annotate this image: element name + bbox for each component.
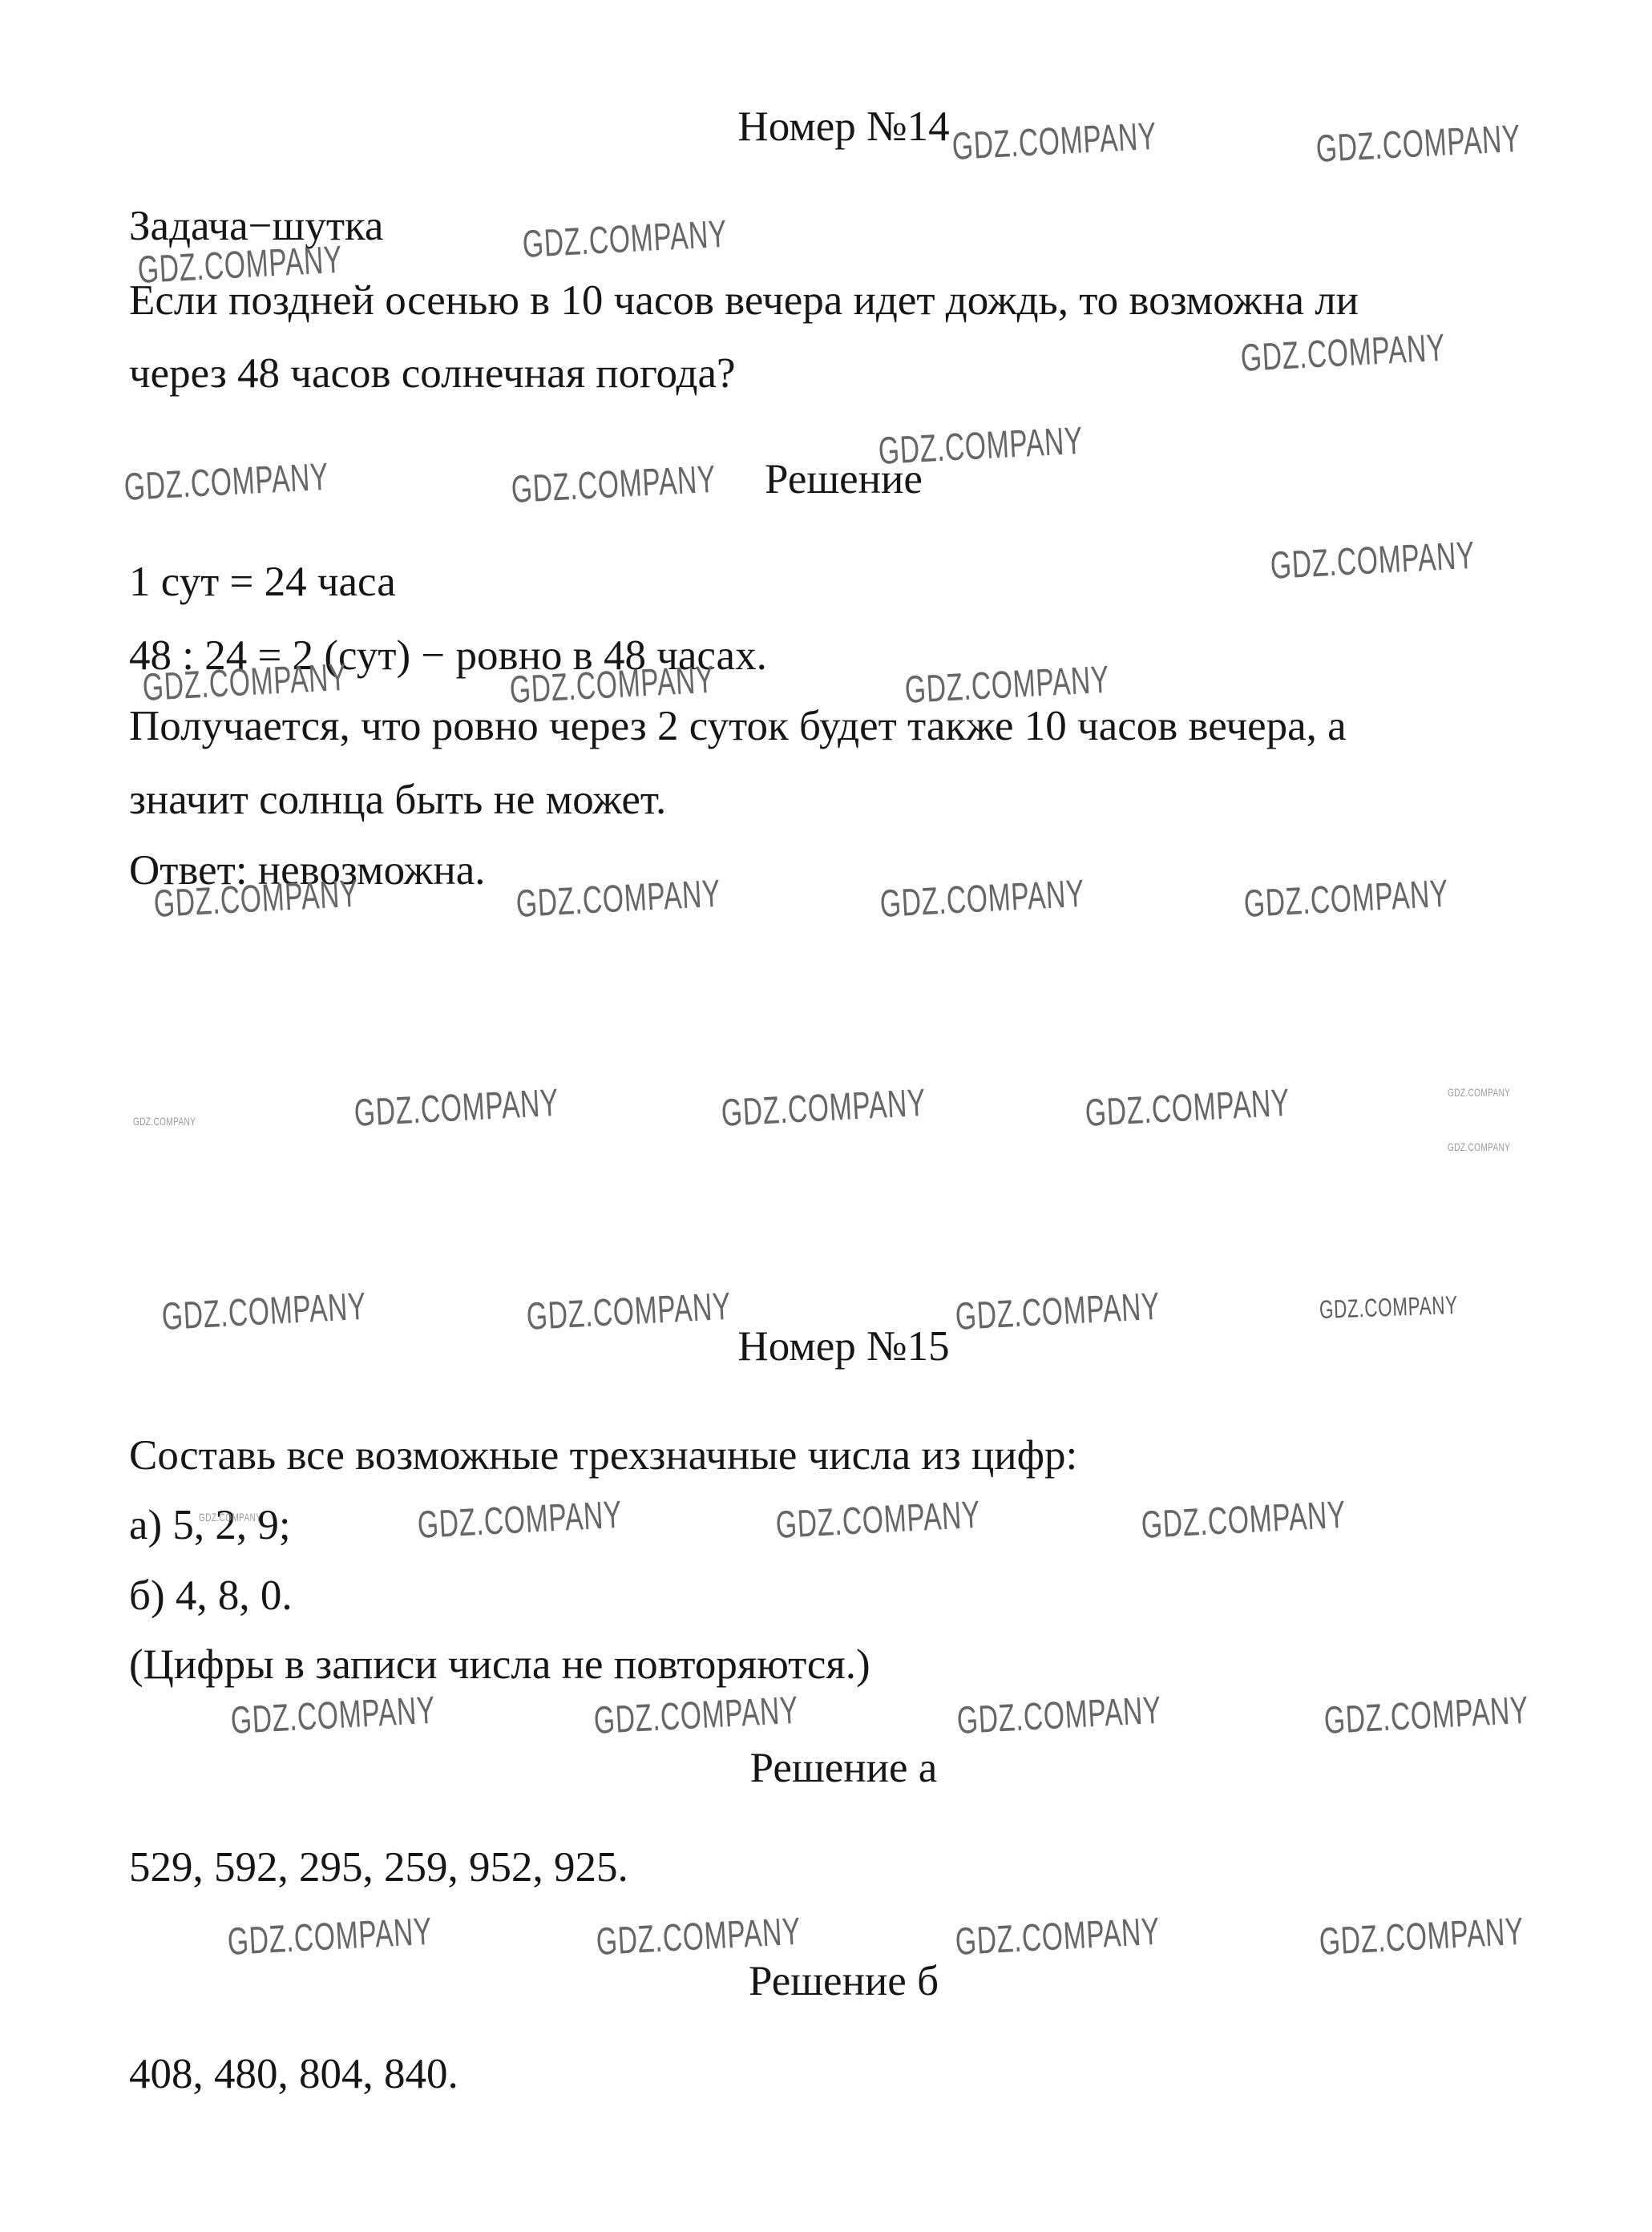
watermark: GDZ.COMPANY xyxy=(230,1692,437,1741)
watermark: GDZ.COMPANY xyxy=(227,1913,434,1962)
watermark: GDZ.COMPANY xyxy=(1141,1496,1347,1545)
problem14-statement-line2: через 48 часов солнечная погода? xyxy=(129,349,736,398)
problem15-item-b: б) 4, 8, 0. xyxy=(129,1572,293,1621)
watermark: GDZ.COMPANY xyxy=(596,1913,802,1962)
watermark: GDZ.COMPANY xyxy=(133,1116,196,1127)
watermark: GDZ.COMPANY xyxy=(153,875,360,924)
watermark: GDZ.COMPANY xyxy=(1323,1692,1530,1741)
problem14-step1: 1 сут = 24 часа xyxy=(129,558,396,607)
watermark: GDZ.COMPANY xyxy=(593,1692,800,1741)
problem15-item-a: а) 5, 2, 9; xyxy=(129,1501,291,1550)
watermark: GDZ.COMPANY xyxy=(142,659,349,708)
watermark: GDZ.COMPANY xyxy=(353,1084,560,1133)
watermark: GDZ.COMPANY xyxy=(515,875,722,924)
problem15-solution-b-numbers: 408, 480, 804, 840. xyxy=(129,2050,458,2099)
watermark: GDZ.COMPANY xyxy=(1315,120,1522,169)
problem15-statement: Составь все возможные трехзначные числа … xyxy=(129,1431,1077,1480)
watermark: GDZ.COMPANY xyxy=(879,875,1086,924)
problem14-explanation-line2: значит солнца быть не может. xyxy=(129,776,666,825)
problem15-solution-b-heading: Решение б xyxy=(0,1957,1652,2006)
problem14-statement-line1: Если поздней осенью в 10 часов вечера ид… xyxy=(129,276,1359,325)
document-page: Номер №14 GDZ.COMPANY GDZ.COMPANY Задача… xyxy=(0,0,1652,2232)
watermark: GDZ.COMPANY xyxy=(1448,1141,1510,1152)
watermark: GDZ.COMPANY xyxy=(199,1512,261,1523)
watermark: GDZ.COMPANY xyxy=(522,216,729,264)
problem15-note: (Цифры в записи числа не повторяются.) xyxy=(129,1641,870,1689)
watermark: GDZ.COMPANY xyxy=(955,1913,1161,1962)
watermark: GDZ.COMPANY xyxy=(1319,1292,1458,1322)
watermark: GDZ.COMPANY xyxy=(721,1084,927,1133)
watermark: GDZ.COMPANY xyxy=(956,1692,1163,1741)
problem15-title: Номер №15 xyxy=(0,1322,1652,1371)
problem15-solution-a-numbers: 529, 592, 295, 259, 952, 925. xyxy=(129,1843,628,1892)
watermark: GDZ.COMPANY xyxy=(1085,1084,1291,1133)
watermark: GDZ.COMPANY xyxy=(951,118,1158,167)
watermark: GDZ.COMPANY xyxy=(1319,1913,1525,1962)
watermark: GDZ.COMPANY xyxy=(1243,875,1450,924)
watermark: GDZ.COMPANY xyxy=(1270,537,1476,586)
problem14-explanation-line1: Получается, что ровно через 2 суток буде… xyxy=(129,702,1347,751)
watermark: GDZ.COMPANY xyxy=(775,1496,982,1545)
problem15-solution-a-heading: Решение а xyxy=(0,1744,1652,1793)
watermark: GDZ.COMPANY xyxy=(417,1496,624,1545)
watermark: GDZ.COMPANY xyxy=(1240,329,1447,378)
watermark: GDZ.COMPANY xyxy=(1448,1087,1510,1098)
